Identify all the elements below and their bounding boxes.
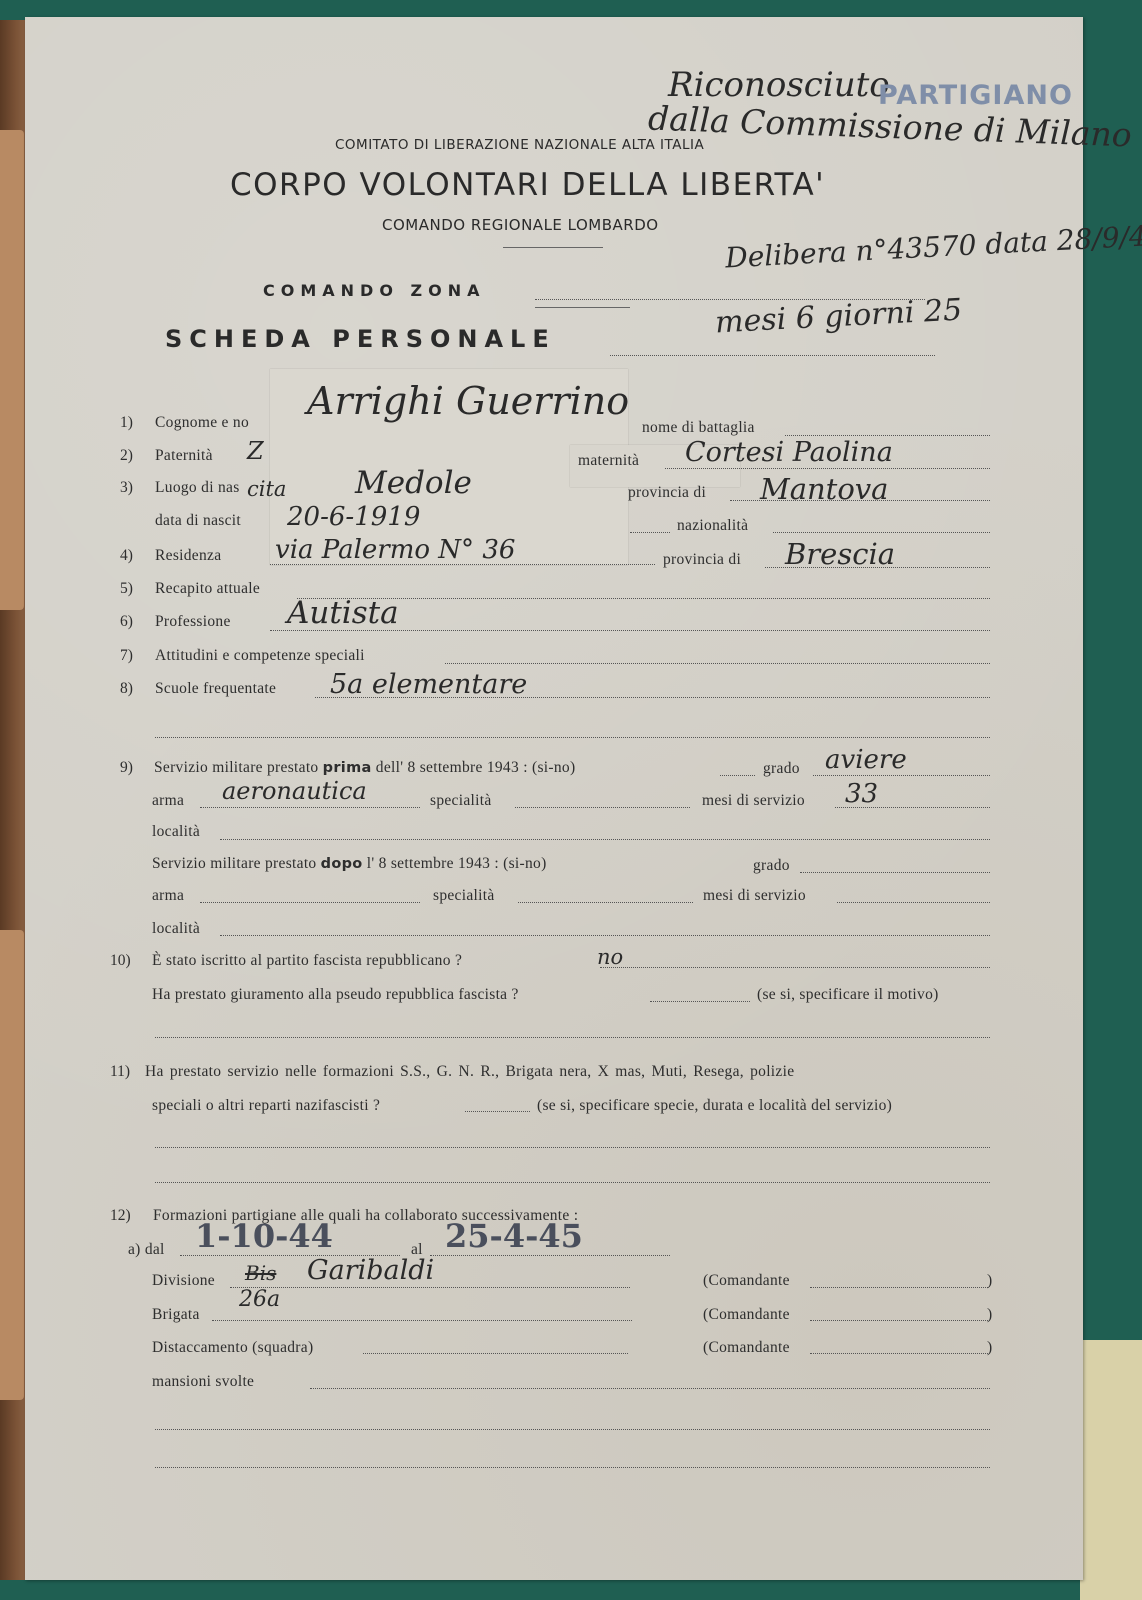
division-commander-field[interactable]	[810, 1287, 988, 1288]
oath-field[interactable]	[650, 1001, 750, 1002]
dotted-line	[720, 775, 755, 776]
birth-province-label: provincia di	[628, 484, 706, 502]
maternity-label: maternità	[578, 452, 639, 470]
fascist-party-answer[interactable]: no	[597, 945, 623, 969]
field-number: 4)	[120, 547, 133, 565]
detachment-field[interactable]	[363, 1353, 628, 1354]
skills-label: Attitudini e competenze speciali	[155, 647, 365, 665]
residence-value[interactable]: via Palermo N° 36	[275, 535, 515, 565]
paren: )	[987, 1272, 992, 1290]
after-rank-label: grado	[753, 857, 790, 875]
military-before-pre: Servizio militare prestato	[154, 759, 318, 776]
from-label: a) dal	[128, 1241, 165, 1259]
field-number: 2)	[120, 447, 133, 465]
schools-label: Scuole frequentate	[155, 680, 276, 698]
duties-extra-line-1[interactable]	[155, 1429, 990, 1430]
underlying-paper	[1080, 1340, 1142, 1600]
field-number: 10)	[110, 952, 131, 970]
military-before-post: dell' 8 settembre 1943 : (si-no)	[376, 759, 576, 776]
military-after-label: Servizio militare prestato dopo l' 8 set…	[152, 855, 547, 873]
birthdate-label: data di nascit	[155, 512, 241, 530]
schools-value[interactable]: 5a elementare	[330, 669, 527, 700]
divider	[535, 307, 630, 308]
document-page: Riconosciuto PARTIGIANO dalla Commission…	[25, 17, 1083, 1580]
field-number: 11)	[110, 1063, 130, 1081]
field-number: 7)	[120, 647, 133, 665]
after-specialty-field[interactable]	[518, 902, 693, 903]
field-number: 5)	[120, 580, 133, 598]
schools-extra-line[interactable]	[155, 737, 990, 738]
nationality-label: nazionalità	[677, 517, 748, 535]
location-field[interactable]	[220, 839, 990, 840]
arm-label: arma	[152, 792, 184, 810]
title-line	[610, 355, 935, 356]
military-after-bold: dopo	[321, 856, 363, 872]
brigade-label: Brigata	[152, 1306, 200, 1324]
paternity-label: Paternità	[155, 447, 213, 465]
from-value[interactable]: 1-10-44	[195, 1217, 333, 1255]
months-value[interactable]: 33	[845, 779, 878, 809]
after-arm-field[interactable]	[200, 902, 420, 903]
field-number: 9)	[120, 759, 133, 777]
skills-field[interactable]	[445, 663, 990, 664]
rank-label: grado	[763, 760, 800, 778]
military-after-post: l' 8 settembre 1943 : (si-no)	[367, 855, 547, 872]
after-specialty-label: specialità	[433, 887, 495, 905]
maternity-line	[665, 468, 990, 469]
specialty-label: specialità	[430, 792, 492, 810]
address-label: Recapito attuale	[155, 580, 260, 598]
months-label: mesi di servizio	[702, 792, 805, 810]
annotation-delibera: Delibera n°43570 data 28/9/48	[724, 219, 1142, 275]
specialty-field[interactable]	[515, 807, 690, 808]
binder-tab	[0, 930, 24, 1400]
detachment-commander-field[interactable]	[810, 1353, 988, 1354]
division-struck-word: Bis	[245, 1257, 276, 1287]
surname-name-label: Cognome e no	[155, 414, 249, 432]
oath-extra-line[interactable]	[155, 1037, 990, 1038]
after-location-label: località	[152, 920, 200, 938]
arm-line	[200, 807, 420, 808]
nazifascist-note: (se si, specificare specie, durata e loc…	[537, 1097, 892, 1115]
location-label: località	[152, 823, 200, 841]
paternity-value[interactable]: Z	[247, 437, 264, 465]
after-location-field[interactable]	[220, 935, 990, 936]
birthdate-value[interactable]: 20-6-1919	[287, 502, 420, 532]
military-after-pre: Servizio militare prestato	[152, 855, 316, 872]
division-value[interactable]: Garibaldi	[307, 1255, 434, 1286]
military-before-label: Servizio militare prestato prima dell' 8…	[154, 759, 575, 777]
nazifascist-field[interactable]	[465, 1111, 530, 1112]
regional-command: COMANDO REGIONALE LOMBARDO	[382, 216, 659, 234]
after-rank-field[interactable]	[800, 872, 990, 873]
division-commander-label: (Comandante	[703, 1272, 790, 1290]
detachment-commander-label: (Comandante	[703, 1339, 790, 1357]
duties-extra-line-2[interactable]	[155, 1467, 990, 1468]
military-before-bold: prima	[323, 760, 372, 776]
field-number: 12)	[110, 1207, 131, 1225]
birthplace-prefix: cita	[247, 477, 286, 501]
committee-heading: COMITATO DI LIBERAZIONE NAZIONALE ALTA I…	[335, 137, 704, 153]
to-value[interactable]: 25-4-45	[445, 1217, 583, 1255]
field-number: 3)	[120, 479, 133, 497]
paren: )	[987, 1306, 992, 1324]
zone-field[interactable]	[535, 299, 925, 300]
divider	[503, 247, 603, 248]
fascist-party-line	[600, 967, 990, 968]
nationality-field[interactable]	[773, 532, 990, 533]
binder-tab	[0, 130, 24, 610]
oath-note: (se si, specificare il motivo)	[757, 986, 939, 1004]
maternity-value[interactable]: Cortesi Paolina	[685, 437, 893, 468]
after-arm-label: arma	[152, 887, 184, 905]
residence-province-label: provincia di	[663, 551, 741, 569]
field-number: 1)	[120, 414, 133, 432]
duties-label: mansioni svolte	[152, 1373, 254, 1391]
arm-value[interactable]: aeronautica	[222, 777, 367, 805]
division-line	[230, 1287, 630, 1288]
profession-label: Professione	[155, 613, 231, 631]
birthplace-value[interactable]: Medole	[355, 465, 472, 501]
form-title: SCHEDA PERSONALE	[165, 325, 556, 353]
after-months-field[interactable]	[837, 902, 990, 903]
brigade-line	[212, 1320, 632, 1321]
birth-province-value[interactable]: Mantova	[760, 472, 888, 506]
brigade-commander-field[interactable]	[810, 1320, 988, 1321]
nazifascist-extra-line-2[interactable]	[155, 1182, 990, 1183]
field-number: 8)	[120, 680, 133, 698]
oath-question: Ha prestato giuramento alla pseudo repub…	[152, 986, 519, 1004]
division-label: Divisione	[152, 1272, 215, 1290]
duties-field[interactable]	[310, 1388, 990, 1389]
field-number: 6)	[120, 613, 133, 631]
battle-name-label: nome di battaglia	[642, 419, 755, 437]
rank-value[interactable]: aviere	[825, 745, 907, 775]
brigade-value[interactable]: 26a	[239, 1287, 280, 1312]
address-field[interactable]	[297, 598, 990, 599]
detachment-label: Distaccamento (squadra)	[152, 1339, 313, 1357]
after-months-label: mesi di servizio	[703, 887, 806, 905]
to-line	[430, 1255, 670, 1256]
stamp-partigiano: PARTIGIANO	[878, 80, 1073, 111]
nazifascist-question-cont: speciali o altri reparti nazifascisti ?	[152, 1097, 380, 1115]
corps-title: CORPO VOLONTARI DELLA LIBERTA'	[230, 167, 825, 203]
birthplace-label: Luogo di nas	[155, 479, 240, 497]
battle-name-field[interactable]	[785, 435, 990, 436]
brigade-commander-label: (Comandante	[703, 1306, 790, 1324]
zone-label: COMANDO ZONA	[263, 281, 485, 300]
residence-label: Residenza	[155, 547, 221, 565]
paren: )	[987, 1339, 992, 1357]
dotted-line	[630, 532, 670, 533]
profession-value[interactable]: Autista	[287, 595, 399, 631]
surname-name-value[interactable]: Arrighi Guerrino	[307, 379, 629, 423]
rank-line	[813, 775, 990, 776]
fascist-party-question: È stato iscritto al partito fascista rep…	[152, 952, 462, 970]
nazifascist-question: Ha prestato servizio nelle formazioni S.…	[145, 1063, 794, 1081]
nazifascist-extra-line-1[interactable]	[155, 1147, 990, 1148]
annotation-recognized: Riconosciuto	[668, 65, 890, 105]
residence-province-value[interactable]: Brescia	[785, 537, 895, 571]
